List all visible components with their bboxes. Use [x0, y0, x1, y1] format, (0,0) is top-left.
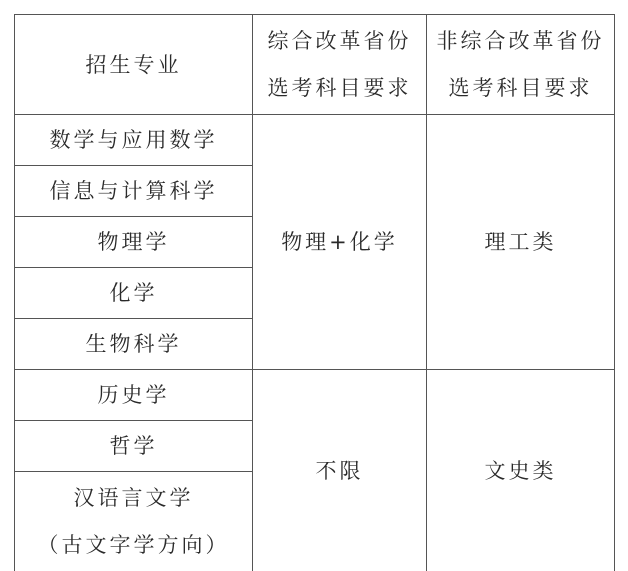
- non-reform-requirement-cell: 文史类: [427, 370, 615, 571]
- major-cell: 哲学: [15, 421, 253, 472]
- header-non-reform-line2: 选考科目要求: [427, 65, 614, 112]
- non-reform-requirement-cell: 理工类: [427, 115, 615, 370]
- major-cell: 生物科学: [15, 319, 253, 370]
- reform-requirement-cell: 不限: [253, 370, 427, 571]
- header-non-reform-provinces: 非综合改革省份 选考科目要求: [427, 15, 615, 115]
- major-line1: 汉语言文学: [15, 475, 252, 522]
- table-row: 历史学 不限 文史类: [15, 370, 615, 421]
- major-cell: 化学: [15, 268, 253, 319]
- header-major: 招生专业: [15, 15, 253, 115]
- major-cell: 数学与应用数学: [15, 115, 253, 166]
- header-reform-provinces: 综合改革省份 选考科目要求: [253, 15, 427, 115]
- reform-requirement-cell: 物理+化学: [253, 115, 427, 370]
- subject-requirements-table: 招生专业 综合改革省份 选考科目要求 非综合改革省份 选考科目要求 数学与应用数…: [14, 14, 615, 571]
- table-row: 数学与应用数学 物理+化学 理工类: [15, 115, 615, 166]
- major-cell: 物理学: [15, 217, 253, 268]
- major-cell: 历史学: [15, 370, 253, 421]
- major-cell-two-line: 汉语言文学 （古文字学方向）: [15, 472, 253, 571]
- major-cell: 信息与计算科学: [15, 166, 253, 217]
- header-reform-line2: 选考科目要求: [253, 65, 426, 112]
- header-row: 招生专业 综合改革省份 选考科目要求 非综合改革省份 选考科目要求: [15, 15, 615, 115]
- major-line2: （古文字学方向）: [15, 522, 252, 569]
- header-reform-line1: 综合改革省份: [253, 18, 426, 65]
- header-non-reform-line1: 非综合改革省份: [427, 18, 614, 65]
